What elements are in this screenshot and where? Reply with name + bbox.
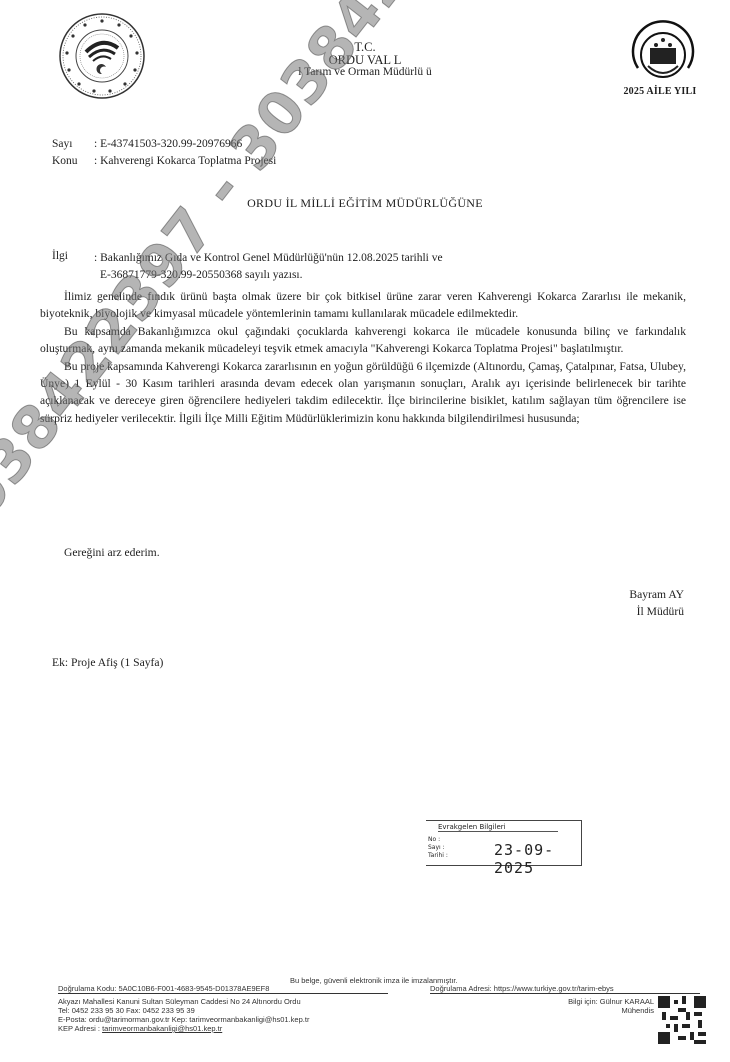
family-year-label: 2025 AİLE YILI: [600, 86, 720, 97]
konu-label: Konu: [52, 155, 94, 167]
stamp-row-no: No :: [428, 836, 448, 844]
letter-body: İlimiz genelinde fındık ürünü başta olma…: [40, 288, 686, 427]
kep-label: KEP Adresi :: [58, 1024, 102, 1033]
incoming-document-stamp: Evrakgelen Bilgileri No : Sayı : Tarihi …: [426, 820, 582, 866]
verification-code: Doğrulama Kodu: 5A0C10B6-F001-4683-9545-…: [58, 984, 388, 994]
paragraph-2: Bu kapsamda Bakanlığımızca okul çağındak…: [40, 323, 686, 358]
ilgi-label: İlgi: [52, 250, 94, 284]
signer-name: Bayram AY: [629, 586, 684, 603]
ministry-seal-icon: [58, 12, 146, 100]
sayi-value: : E-43741503-320.99-20976966: [94, 138, 242, 150]
reference: İlgi : Bakanlığımız Gıda ve Kontrol Gene…: [52, 250, 672, 284]
contact-title: Mühendis: [530, 1006, 654, 1015]
signer-title: İl Müdürü: [629, 603, 684, 620]
paragraph-3: Bu proje kapsamında Kahverengi Kokarca z…: [40, 358, 686, 428]
info-contact: Bilgi için: Gülnur KARAAL Mühendis: [530, 997, 654, 1015]
stamp-row-sayi: Sayı :: [428, 844, 448, 852]
email-kep[interactable]: E-Posta: ordu@tarimorman.gov.tr Kep: tar…: [58, 1015, 309, 1024]
contact-person: Bilgi için: Gülnur KARAAL: [530, 997, 654, 1006]
phone-fax: Tel: 0452 233 95 30 Fax: 0452 233 95 39: [58, 1006, 309, 1015]
recipient-heading: ORDU İL MİLLİ EĞİTİM MÜDÜRLÜĞÜNE: [0, 196, 730, 211]
qr-code-icon: [658, 996, 706, 1044]
sayi-label: Sayı: [52, 138, 94, 150]
stamp-row-tarih: Tarihi :: [428, 852, 448, 860]
konu-value: : Kahverengi Kokarca Toplatma Projesi: [94, 155, 276, 167]
contact-block: Akyazı Mahallesi Kanuni Sultan Süleyman …: [58, 997, 309, 1033]
kep-address: KEP Adresi : tarimveormanbakanligi@hs01.…: [58, 1024, 309, 1033]
stamp-date: 23-09-2025: [494, 841, 581, 877]
document-number: Sayı : E-43741503-320.99-20976966: [52, 138, 242, 150]
signature-block: Bayram AY İl Müdürü: [629, 586, 684, 620]
stamp-title: Evrakgelen Bilgileri: [438, 823, 558, 832]
postal-address: Akyazı Mahallesi Kanuni Sultan Süleyman …: [58, 997, 309, 1006]
attachment-line: Ek: Proje Afiş (1 Sayfa): [52, 656, 163, 669]
paragraph-1: İlimiz genelinde fındık ürünü başta olma…: [40, 288, 686, 323]
document-subject: Konu : Kahverengi Kokarca Toplatma Proje…: [52, 155, 276, 167]
ilgi-line-1: : Bakanlığımız Gıda ve Kontrol Genel Müd…: [94, 250, 443, 267]
verification-address[interactable]: Doğrulama Adresi: https://www.turkiye.go…: [430, 984, 700, 994]
header-directorate: l Tarım ve Orman Müdürlü ü: [220, 66, 510, 78]
ilgi-line-2: E-36871779-320.99-20550368 sayılı yazısı…: [94, 267, 443, 284]
closing-line: Gereğini arz ederim.: [64, 546, 160, 559]
kep-value[interactable]: tarimveormanbakanligi@hs01.kep.tr: [102, 1024, 222, 1033]
family-year-emblem-icon: [628, 18, 698, 88]
